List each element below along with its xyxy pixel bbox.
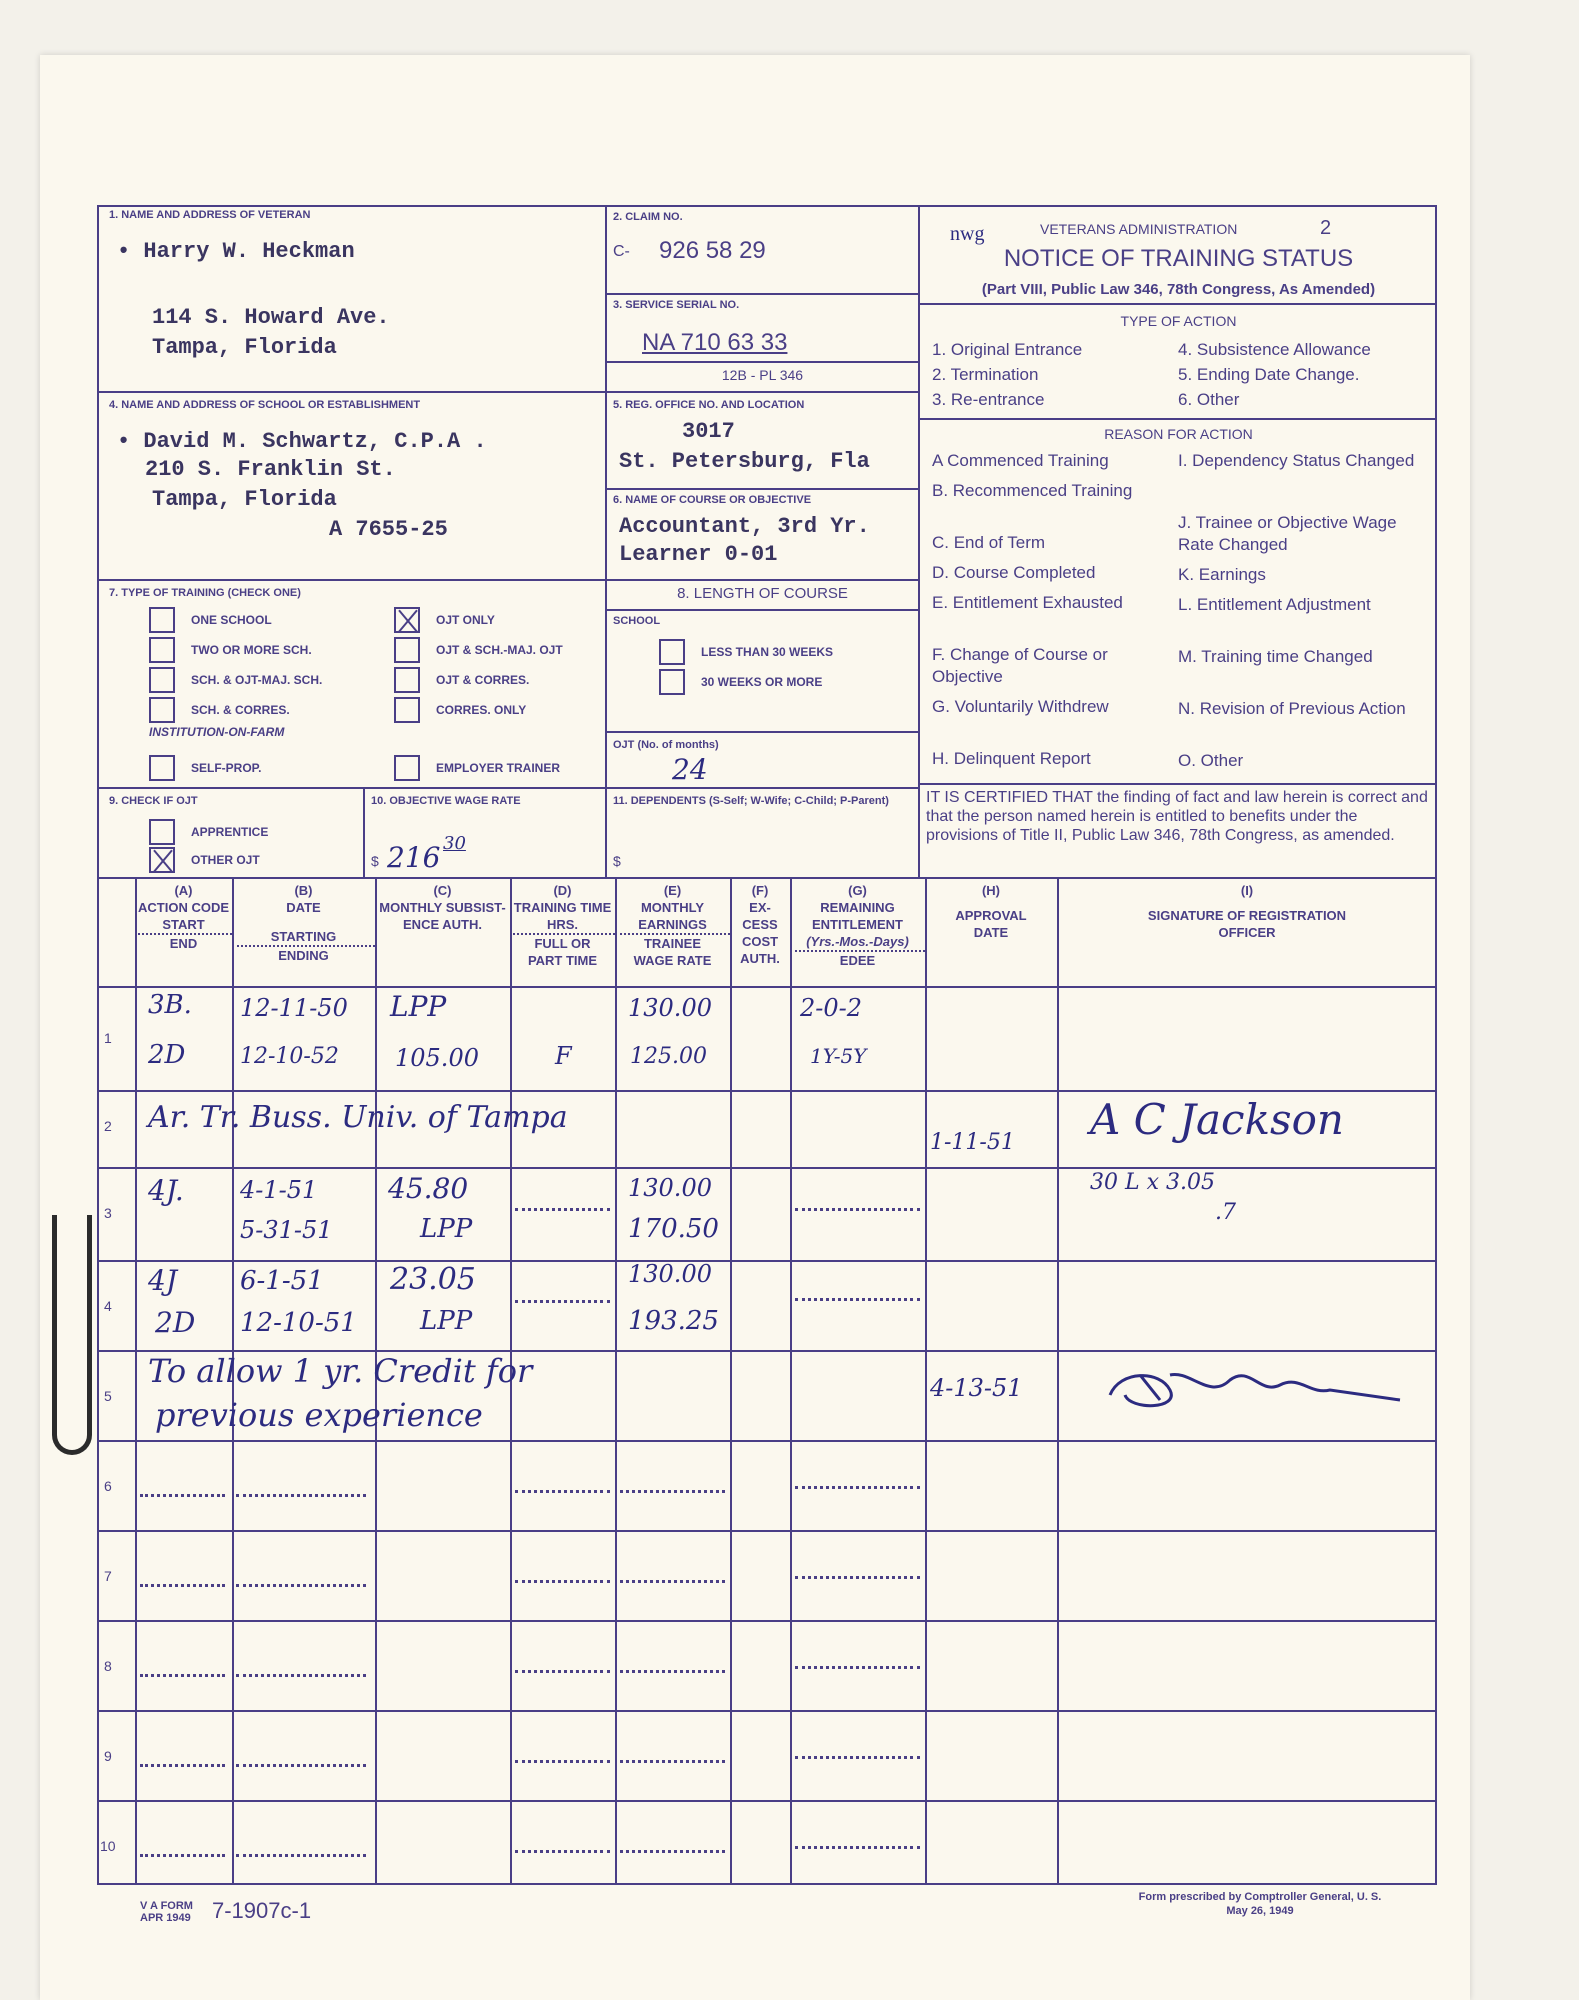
school-line-3: Tampa, Florida xyxy=(152,487,337,512)
farm-heading: INSTITUTION-ON-FARM xyxy=(149,725,284,739)
checkbox-checked[interactable] xyxy=(149,847,175,873)
bullet-icon: • xyxy=(117,429,143,454)
course-line-2: Learner 0-01 xyxy=(619,542,777,567)
col-header-a: (A)ACTION CODESTARTEND xyxy=(135,882,232,952)
training-option-sch-ojt[interactable]: SCH. & OJT-MAJ. SCH. xyxy=(149,667,322,693)
row-number: 10 xyxy=(100,1838,116,1854)
claim-number: 926 58 29 xyxy=(659,237,766,265)
reason-for-action: REASON FOR ACTION A Commenced Training B… xyxy=(920,420,1437,785)
reg-office-number: 3017 xyxy=(682,419,735,444)
col-header-c: (C)MONTHLY SUBSIST- ENCE AUTH. xyxy=(375,882,510,933)
clerk-initials: nwg xyxy=(950,223,984,246)
ojt-option-other[interactable]: OTHER OJT xyxy=(149,847,260,873)
reason-option: D. Course Completed xyxy=(932,562,1162,592)
reason-option: C. End of Term xyxy=(932,532,1162,562)
dependents-currency: $ xyxy=(613,853,621,869)
checkbox-checked[interactable] xyxy=(394,607,420,633)
school-label: SCHOOL xyxy=(613,615,660,627)
claim-prefix: C- xyxy=(613,243,630,261)
certification-text: IT IS CERTIFIED THAT the finding of fact… xyxy=(926,788,1432,845)
checkbox[interactable] xyxy=(394,637,420,663)
col-header-f: (F)EX- CESS COST AUTH. xyxy=(730,882,790,967)
row-number: 4 xyxy=(104,1298,112,1314)
col-header-d: (D)TRAINING TIME HRS.FULL ORPART TIME xyxy=(510,882,615,969)
training-option-corres-only[interactable]: CORRES. ONLY xyxy=(394,697,526,723)
field-dependents: 11. DEPENDENTS (S-Self; W-Wife; C-Child;… xyxy=(607,789,920,879)
field-claim: 2. CLAIM NO. C- 926 58 29 xyxy=(607,205,920,295)
wage-rate-cents: 30 xyxy=(443,833,466,854)
reason-option: L. Entitlement Adjustment xyxy=(1178,594,1428,646)
officer-signature: A C Jackson xyxy=(1090,1095,1344,1144)
col-header-h: (H)APPROVAL DATE xyxy=(925,882,1057,941)
wage-currency: $ xyxy=(371,853,379,869)
field-dependents-label: 11. DEPENDENTS (S-Self; W-Wife; C-Child;… xyxy=(613,795,913,807)
divider xyxy=(920,877,1437,879)
reason-option: M. Training time Changed xyxy=(1178,646,1428,698)
reason-heading: REASON FOR ACTION xyxy=(920,426,1437,442)
form-subtitle: (Part VIII, Public Law 346, 78th Congres… xyxy=(920,281,1437,298)
col-header-e: (E)MONTHLY EARNINGSTRAINEEWAGE RATE xyxy=(615,882,730,969)
registration-officer-signature xyxy=(1100,1365,1410,1415)
row-number: 1 xyxy=(104,1030,112,1046)
field-reg-office-label: 5. REG. OFFICE NO. AND LOCATION xyxy=(613,399,804,411)
training-option-one-school[interactable]: ONE SCHOOL xyxy=(149,607,272,633)
reason-option: O. Other xyxy=(1178,750,1428,780)
checkbox[interactable] xyxy=(149,819,175,845)
action-option: 5. Ending Date Change. xyxy=(1178,362,1371,387)
type-of-action: TYPE OF ACTION 1. Original Entrance 2. T… xyxy=(920,305,1437,420)
checkbox[interactable] xyxy=(394,755,420,781)
prescribed-by: Form prescribed by Comptroller General, … xyxy=(1080,1890,1440,1904)
copy-number: 2 xyxy=(1320,217,1331,240)
checkbox[interactable] xyxy=(149,637,175,663)
field-check-ojt: 9. CHECK IF OJT APPRENTICE OTHER OJT xyxy=(97,789,365,879)
row-number: 8 xyxy=(104,1658,112,1674)
reason-option: J. Trainee or Objective Wage Rate Change… xyxy=(1178,512,1428,564)
row-number: 2 xyxy=(104,1118,112,1134)
title-block: nwg VETERANS ADMINISTRATION 2 NOTICE OF … xyxy=(920,205,1437,305)
school-line-2: 210 S. Franklin St. xyxy=(145,457,396,482)
field-wage-rate-label: 10. OBJECTIVE WAGE RATE xyxy=(371,795,521,807)
row-number: 5 xyxy=(104,1388,112,1404)
row-number: 6 xyxy=(104,1478,112,1494)
reason-option: G. Voluntarily Withdrew xyxy=(932,696,1162,748)
school-line-4: A 7655-25 xyxy=(329,517,448,542)
veteran-name: Harry W. Heckman xyxy=(143,239,354,264)
serial-number: NA 710 63 33 xyxy=(642,329,787,357)
reason-option: A Commenced Training xyxy=(932,450,1162,480)
form-number-prefix: V A FORM xyxy=(140,1900,193,1912)
form-number: 7-1907c-1 xyxy=(212,1898,311,1924)
school-line-1: David M. Schwartz, C.P.A . xyxy=(143,429,486,454)
training-option-employer-trainer[interactable]: EMPLOYER TRAINER xyxy=(394,755,560,781)
checkbox[interactable] xyxy=(394,697,420,723)
ojt-option-apprentice[interactable]: APPRENTICE xyxy=(149,819,268,845)
field-wage-rate: 10. OBJECTIVE WAGE RATE $ 216 30 xyxy=(365,789,607,879)
paper-clip-icon xyxy=(52,1215,92,1455)
reason-option: F. Change of Course or Objective xyxy=(932,644,1162,696)
prescribed-date: May 26, 1949 xyxy=(1080,1904,1440,1918)
field-length-course: 8. LENGTH OF COURSE SCHOOL LESS THAN 30 … xyxy=(607,581,920,789)
col-header-i: (I)SIGNATURE OF REGISTRATION OFFICER xyxy=(1057,882,1437,941)
field-type-training-label: 7. TYPE OF TRAINING (Check one) xyxy=(109,587,301,599)
form-title: NOTICE OF TRAINING STATUS xyxy=(920,245,1437,273)
checkbox[interactable] xyxy=(149,667,175,693)
field-course: 6. NAME OF COURSE OR OBJECTIVE Accountan… xyxy=(607,490,920,581)
field-school: 4. NAME AND ADDRESS OF SCHOOL OR ESTABLI… xyxy=(97,393,607,581)
field-claim-label: 2. CLAIM NO. xyxy=(613,211,683,223)
field-veteran-label: 1. NAME AND ADDRESS OF VETERAN xyxy=(109,209,310,221)
checkbox[interactable] xyxy=(149,755,175,781)
ojt-months-value: 24 xyxy=(672,753,708,786)
training-option-sch-corres[interactable]: SCH. & CORRES. xyxy=(149,697,290,723)
training-option-self-prop[interactable]: SELF-PROP. xyxy=(149,755,261,781)
veteran-address-2: Tampa, Florida xyxy=(152,335,337,360)
action-option: 4. Subsistence Allowance xyxy=(1178,337,1371,362)
action-option: 6. Other xyxy=(1178,387,1371,412)
ojt-months-label: OJT (No. of months) xyxy=(613,739,719,751)
checkbox[interactable] xyxy=(149,607,175,633)
length-option-30-more[interactable]: 30 WEEKS OR MORE xyxy=(659,669,822,695)
col-header-g: (G)REMAINING ENTITLEMENT(Yrs.-Mos.-Days)… xyxy=(790,882,925,969)
reason-option: B. Recommenced Training xyxy=(932,480,1162,532)
row-number: 3 xyxy=(104,1205,112,1221)
form-date: APR 1949 xyxy=(140,1912,193,1924)
row-number: 7 xyxy=(104,1568,112,1584)
checkbox[interactable] xyxy=(659,639,685,665)
checkbox[interactable] xyxy=(149,697,175,723)
action-option: 3. Re-entrance xyxy=(932,387,1082,412)
field-serial: 3. SERVICE SERIAL NO. NA 710 63 33 12B -… xyxy=(607,295,920,393)
agency-name: VETERANS ADMINISTRATION xyxy=(1040,221,1237,237)
row-number: 9 xyxy=(104,1748,112,1764)
checkbox[interactable] xyxy=(394,667,420,693)
field-reg-office: 5. REG. OFFICE NO. AND LOCATION 3017 St.… xyxy=(607,393,920,490)
type-of-action-heading: TYPE OF ACTION xyxy=(920,313,1437,329)
reason-option: I. Dependency Status Changed xyxy=(1178,450,1428,512)
action-option: 1. Original Entrance xyxy=(932,337,1082,362)
wage-rate-value: 216 xyxy=(387,841,440,874)
field-type-training: 7. TYPE OF TRAINING (Check one) ONE SCHO… xyxy=(97,581,607,789)
training-option-ojt-sch[interactable]: OJT & SCH.-MAJ. OJT xyxy=(394,637,563,663)
reason-option: E. Entitlement Exhausted xyxy=(932,592,1162,644)
training-option-ojt-only[interactable]: OJT ONLY xyxy=(394,607,495,633)
length-option-less-30[interactable]: LESS THAN 30 WEEKS xyxy=(659,639,833,665)
course-line-1: Accountant, 3rd Yr. xyxy=(619,514,870,539)
serial-subcode: 12B - PL 346 xyxy=(607,367,918,383)
field-serial-label: 3. SERVICE SERIAL NO. xyxy=(613,299,739,311)
action-option: 2. Termination xyxy=(932,362,1082,387)
col-header-b: (B)DATESTARTINGENDING xyxy=(232,882,375,964)
field-veteran: 1. NAME AND ADDRESS OF VETERAN • Harry W… xyxy=(97,205,607,393)
field-course-label: 6. NAME OF COURSE OR OBJECTIVE xyxy=(613,494,811,506)
field-length-label: 8. LENGTH OF COURSE xyxy=(607,585,918,602)
reason-option: N. Revision of Previous Action xyxy=(1178,698,1428,750)
checkbox[interactable] xyxy=(659,669,685,695)
veteran-address-1: 114 S. Howard Ave. xyxy=(152,305,390,330)
training-option-ojt-corres[interactable]: OJT & CORRES. xyxy=(394,667,529,693)
bullet-icon: • xyxy=(117,239,143,264)
training-option-two-schools[interactable]: TWO OR MORE SCH. xyxy=(149,637,312,663)
reason-option: H. Delinquent Report xyxy=(932,748,1162,778)
field-school-label: 4. NAME AND ADDRESS OF SCHOOL OR ESTABLI… xyxy=(109,399,420,411)
field-check-ojt-label: 9. CHECK IF OJT xyxy=(109,795,198,807)
reg-office-location: St. Petersburg, Fla xyxy=(619,449,870,474)
reason-option: K. Earnings xyxy=(1178,564,1428,594)
